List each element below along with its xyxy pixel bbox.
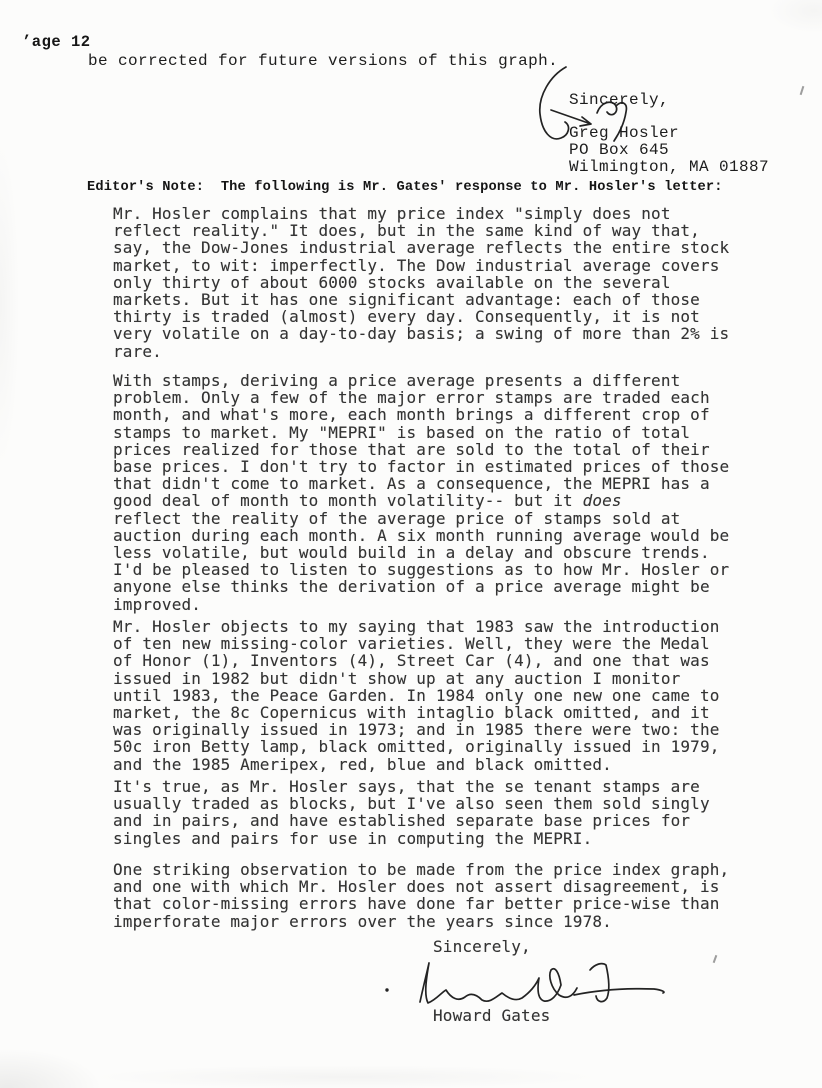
scanned-letter-page: ’age 12 be corrected for future versions… xyxy=(0,0,822,1088)
letter-paragraph-4: It's true, as Mr. Hosler says, that the … xyxy=(113,778,710,847)
hosler-address-line2: Wilmington, MA 01887 xyxy=(569,158,769,176)
scan-speck-top-right xyxy=(800,86,805,95)
continuation-line: be corrected for future versions of this… xyxy=(88,52,558,70)
gates-signature xyxy=(375,950,675,1012)
hosler-address-line1: PO Box 645 xyxy=(569,141,669,159)
editors-note: Editor's Note: The following is Mr. Gate… xyxy=(87,180,723,195)
letter-paragraph-2: With stamps, deriving a price average pr… xyxy=(113,372,729,613)
paragraph-2-italic-word: does xyxy=(583,491,622,510)
hosler-closing: Sincerely, xyxy=(569,91,669,109)
letter-paragraph-1: Mr. Hosler complains that my price index… xyxy=(113,205,729,360)
letter-paragraph-3: Mr. Hosler objects to my saying that 198… xyxy=(113,618,720,773)
paragraph-2-text-continued: reflect the reality of the average price… xyxy=(113,509,729,614)
letter-paragraph-5: One striking observation to be made from… xyxy=(113,861,729,930)
paragraph-2-text: With stamps, deriving a price average pr… xyxy=(113,371,729,510)
page-number: ’age 12 xyxy=(22,33,91,51)
scan-speck-above-signature xyxy=(713,955,718,963)
hosler-name: Greg Hosler xyxy=(569,124,679,142)
gates-typed-name: Howard Gates xyxy=(433,1007,550,1024)
